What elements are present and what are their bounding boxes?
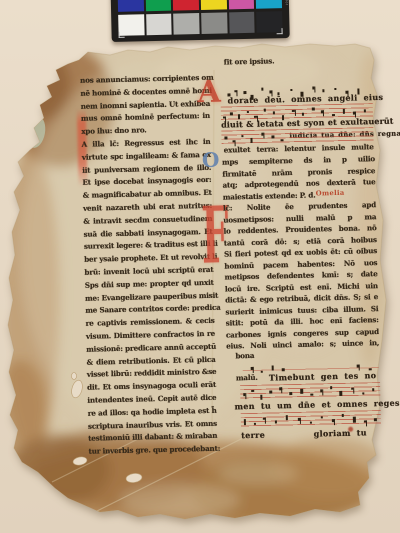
neume [230, 113, 233, 116]
manuscript-line: men tu um dn̄e et omnes reges [234, 398, 380, 411]
neume [372, 389, 375, 392]
chant-staff [240, 382, 380, 399]
neume [362, 392, 365, 395]
initial-a: A [197, 78, 221, 109]
neume [353, 417, 356, 422]
color-patch [256, 0, 282, 9]
neume [312, 87, 315, 90]
neume [224, 137, 227, 140]
neume [270, 91, 273, 94]
neume [330, 386, 333, 389]
color-patch [173, 0, 199, 11]
neume [272, 136, 275, 139]
neume [260, 394, 263, 399]
neume [282, 368, 285, 371]
neume [263, 109, 266, 112]
neume [281, 139, 284, 142]
neume [374, 418, 377, 421]
neume [353, 112, 356, 115]
neume [282, 115, 285, 120]
registration-mark [277, 28, 283, 34]
neume [270, 391, 273, 394]
photograph-scene: nos annunciamus: corripientes omnē homin… [0, 0, 400, 533]
neume [369, 368, 372, 371]
neume [222, 116, 225, 119]
neume [244, 419, 247, 424]
manuscript-line: maiestatis extende: P. d. [223, 190, 313, 202]
neume [300, 389, 303, 394]
neume [227, 93, 230, 96]
neume [238, 114, 241, 119]
neume [243, 393, 246, 396]
neume [232, 140, 235, 143]
grayscale-patch [173, 13, 199, 35]
neume [235, 90, 238, 93]
neume [279, 387, 282, 390]
chant-word-malum: malū. [236, 373, 266, 384]
neume [321, 416, 324, 419]
neume [301, 113, 304, 116]
color-patch-row [117, 0, 282, 12]
neume [332, 114, 335, 117]
neume [351, 387, 354, 390]
neume [357, 89, 360, 94]
neume [251, 94, 254, 99]
neume [286, 415, 289, 420]
neume [271, 365, 274, 370]
card-side-label: color control [284, 0, 288, 5]
grayscale-patch [201, 12, 227, 34]
neume [321, 111, 324, 114]
neume [292, 110, 295, 113]
right-column-opening-line: fit ore ipsius. [224, 54, 374, 67]
grayscale-patch [146, 14, 172, 36]
neume [310, 421, 313, 424]
neume [334, 88, 337, 91]
neume [277, 92, 280, 95]
neume [364, 420, 367, 423]
neume [254, 422, 257, 425]
neume [332, 419, 335, 422]
color-patch [228, 0, 254, 9]
neume [289, 392, 292, 395]
manuscript-line: eius. Noli uinci amalo: s; uince in, [226, 338, 379, 351]
neume [342, 414, 345, 417]
neume [243, 91, 246, 94]
neume [357, 365, 360, 368]
manuscript-line: atq; adprotegendū nos dexterā tue [222, 177, 375, 190]
neume [261, 88, 264, 91]
neume [322, 90, 325, 93]
color-patch [200, 0, 226, 10]
neume [274, 420, 277, 423]
neume [364, 110, 367, 113]
neume [290, 89, 293, 92]
neume [261, 133, 264, 136]
neume [300, 92, 303, 97]
grayscale-patch [229, 12, 255, 34]
color-patch [117, 0, 143, 12]
neume [310, 393, 313, 396]
manuscript-line: exultet terra: letentur insule multe [224, 142, 374, 155]
neume [250, 138, 253, 143]
neume [312, 108, 315, 111]
neume [320, 390, 323, 393]
neume [342, 109, 345, 114]
neume [247, 111, 250, 114]
neume [298, 418, 301, 421]
neume [241, 135, 244, 138]
neume [346, 91, 349, 94]
manuscript-line: tur inverbis gre. que procedebant: [88, 443, 217, 459]
neume [273, 112, 276, 115]
manuscript-content: nos annunciamus: corripientes omnē homin… [0, 0, 400, 533]
text-column-left: nos annunciamus: corripientes omnē homin… [80, 72, 218, 459]
neume [251, 367, 254, 370]
color-patch [145, 0, 171, 11]
registration-mark [119, 32, 125, 38]
neume [263, 417, 266, 420]
grayscale-patch-row [118, 11, 282, 36]
neume [254, 115, 257, 118]
chant-word-bona: bona [235, 351, 265, 362]
chant-staff [241, 410, 381, 427]
neume [340, 391, 343, 396]
initial-o: O [202, 150, 220, 170]
neume [251, 390, 254, 393]
color-calibration-card: color control color control [110, 0, 289, 42]
rubric-omelia: Omelia [316, 189, 345, 198]
